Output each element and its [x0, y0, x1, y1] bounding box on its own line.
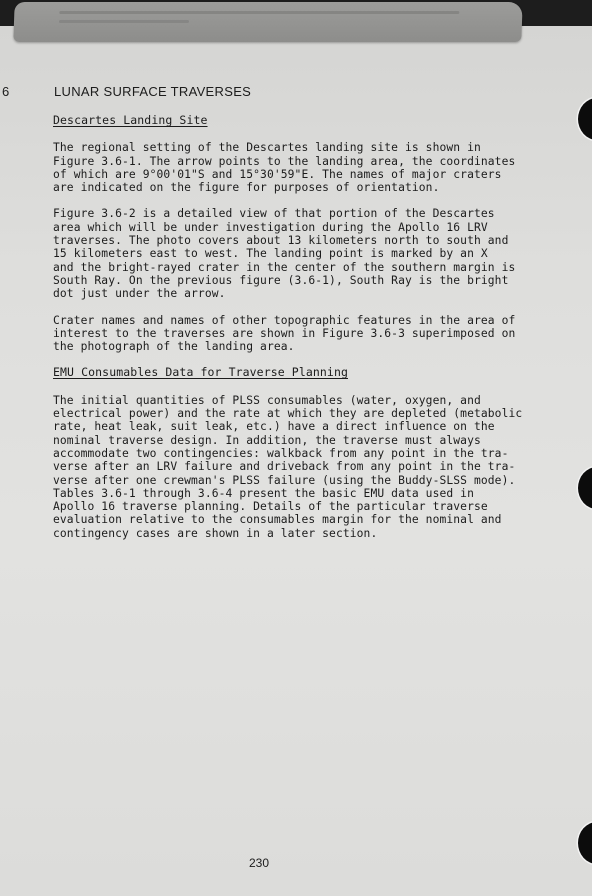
punch-hole-icon — [578, 822, 592, 864]
punch-hole-icon — [578, 467, 592, 509]
section-heading-emu-consumables: EMU Consumables Data for Traverse Planni… — [53, 366, 553, 379]
illegible-text-line — [59, 11, 459, 14]
previous-page-tab-strip — [13, 2, 522, 42]
paragraph-plss-consumables: The initial quantities of PLSS consumabl… — [53, 394, 553, 540]
paragraph-regional-setting: The regional setting of the Descartes la… — [53, 141, 553, 194]
paragraph-detailed-view: Figure 3.6-2 is a detailed view of that … — [53, 207, 553, 300]
section-heading-descartes: Descartes Landing Site — [53, 114, 553, 127]
scanned-page: 6 LUNAR SURFACE TRAVERSES Descartes Land… — [0, 0, 592, 896]
document-body: Descartes Landing Site The regional sett… — [53, 114, 553, 553]
page-number: 230 — [249, 856, 269, 870]
illegible-text-line — [59, 20, 189, 23]
paragraph-crater-names: Crater names and names of other topograp… — [53, 314, 553, 354]
chapter-number: 6 — [2, 84, 9, 99]
punch-hole-icon — [578, 98, 592, 140]
chapter-title: LUNAR SURFACE TRAVERSES — [54, 84, 251, 99]
